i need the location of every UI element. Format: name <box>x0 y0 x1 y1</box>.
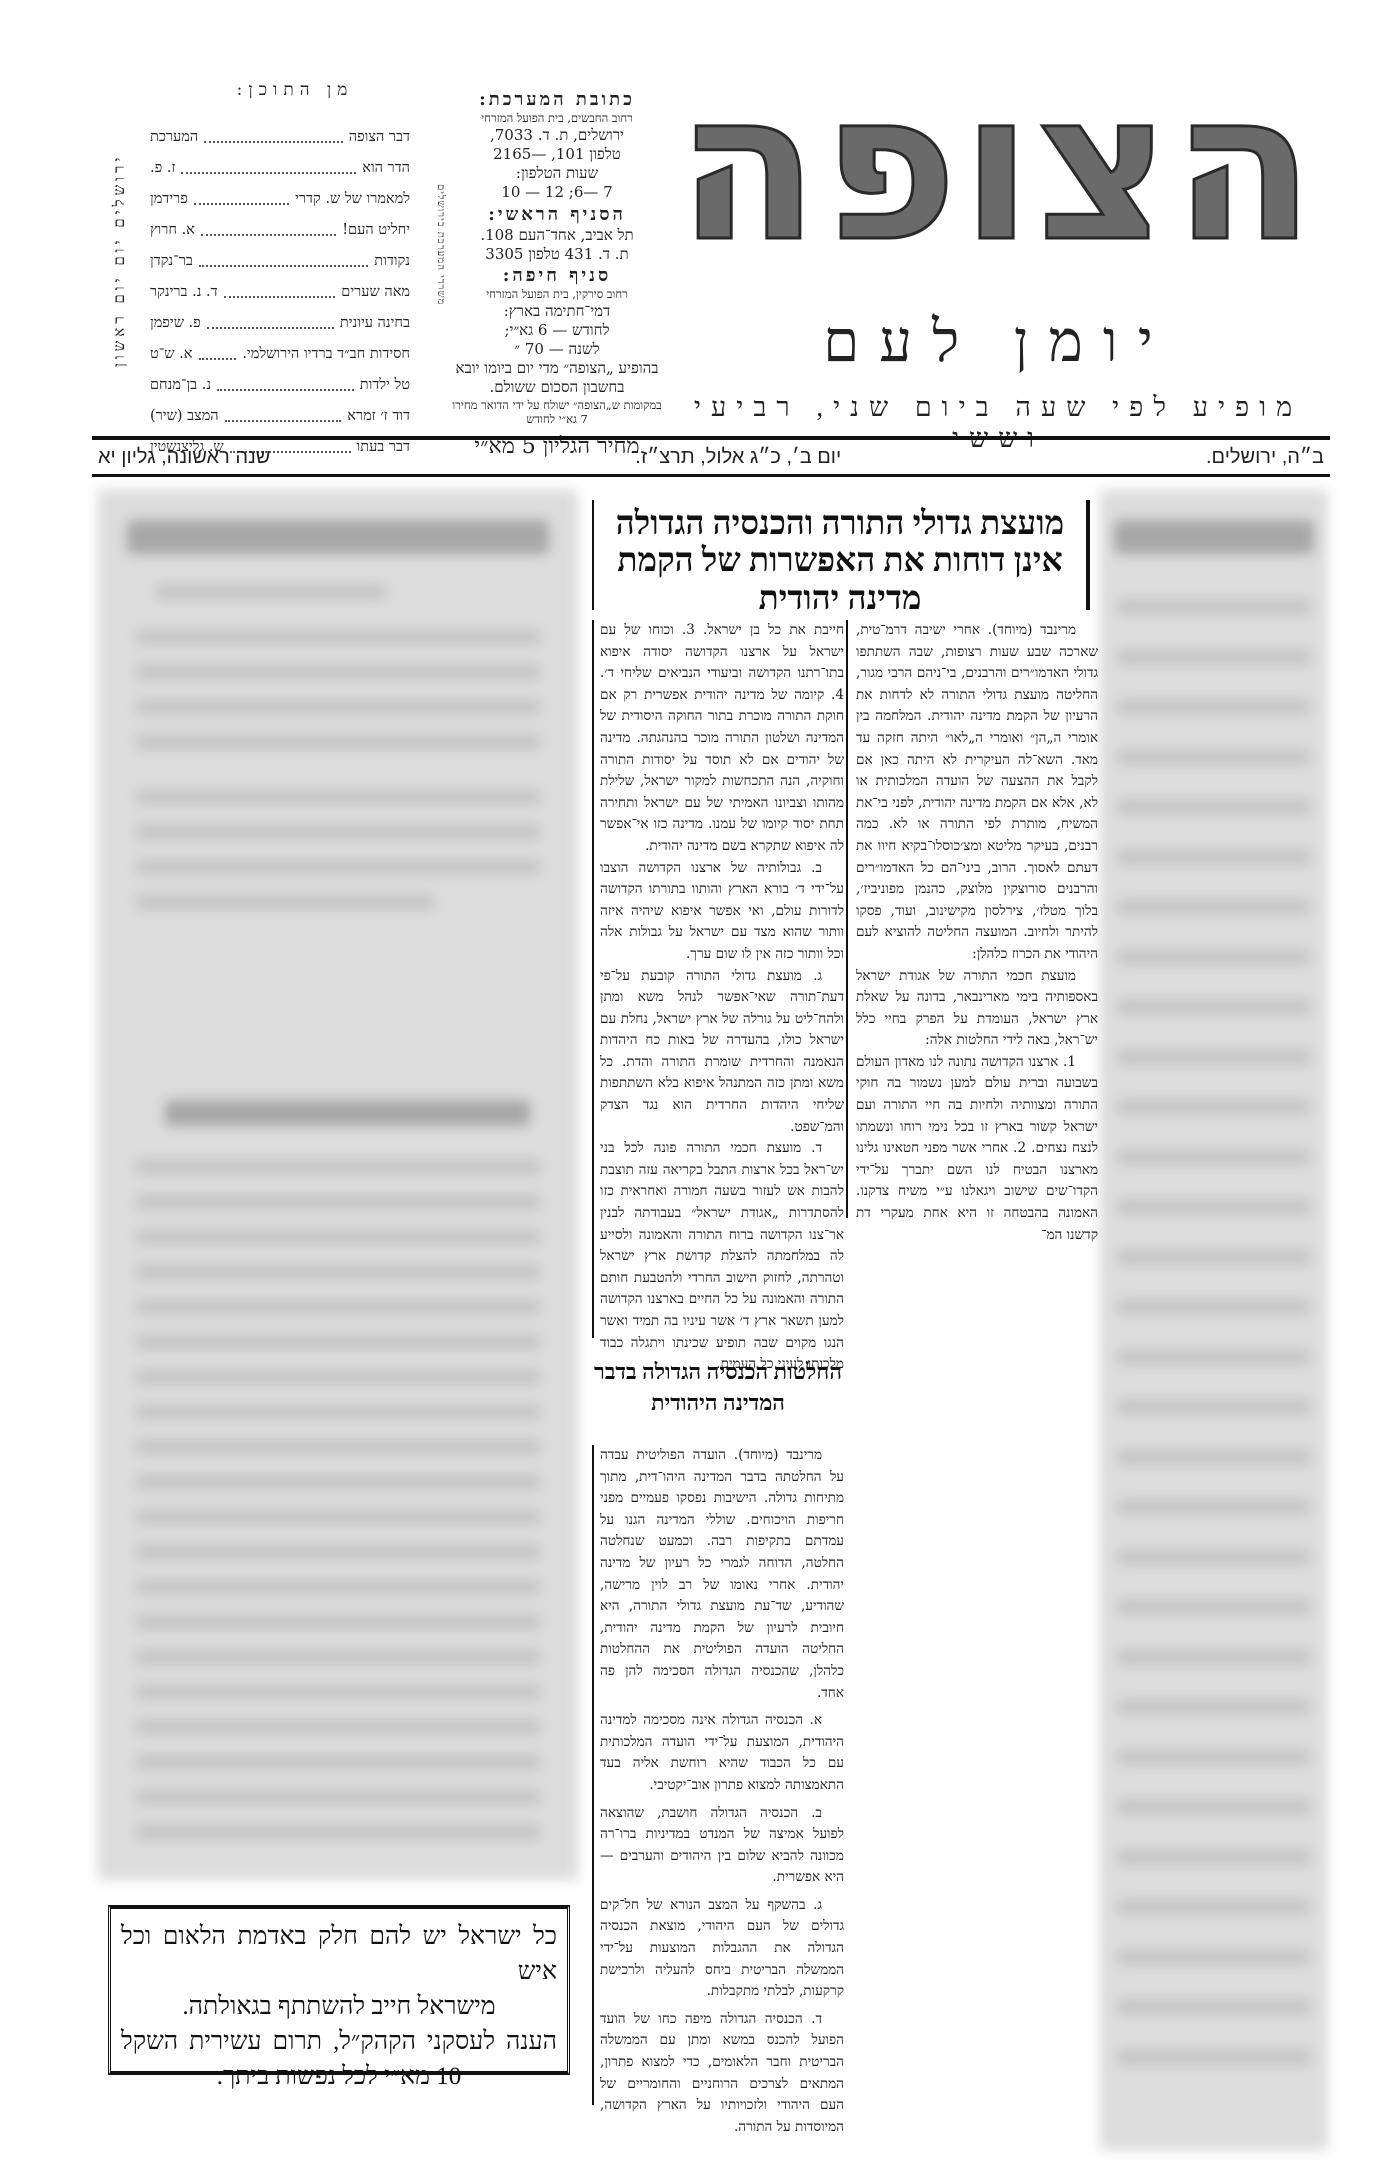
redacted-line <box>136 665 539 679</box>
contents-item[interactable]: טל ילדותנ. בן־מנחם <box>150 370 410 401</box>
contents-item-author: ז. פ. <box>150 160 175 177</box>
redacted-line <box>1118 1050 1310 1064</box>
redacted-line <box>1118 1150 1310 1164</box>
bottom-rule <box>92 474 1330 477</box>
redacted-line <box>136 1475 539 1489</box>
redacted-line <box>136 825 539 839</box>
subheadline-line: המדינה היהודית <box>592 1388 844 1419</box>
redacted-line <box>136 1440 539 1454</box>
masthead-title: הצופה <box>668 68 1328 268</box>
article-column-right: מרינבד (מיוחד). אחרי ישיבה דרמ־טית, שארכ… <box>846 620 1098 1218</box>
redacted-line <box>136 1615 539 1629</box>
redacted-line <box>156 585 386 599</box>
article-paragraph: מועצת חכמי התורה של אגודת ישראל באספותיה… <box>856 966 1098 1052</box>
contents-item-title: חסידות חב״ד ברדיו הירושלמי. <box>242 346 410 363</box>
redacted-line <box>1118 1400 1310 1414</box>
contents-item-author: א. חרוץ <box>150 222 195 239</box>
contents-item-title: למאמרו של ש. קדרי <box>295 191 410 208</box>
redacted-line <box>136 1510 539 1524</box>
leader-dots <box>207 319 334 329</box>
leader-dots <box>199 350 237 360</box>
redacted-line <box>136 860 539 874</box>
redacted-line <box>1118 1850 1310 1864</box>
headline-line: מדינה יהודית <box>594 581 1086 618</box>
redacted-line <box>136 1300 539 1314</box>
subscription-heading: דמי־חתימה בארץ: <box>452 302 662 321</box>
redacted-line <box>136 895 434 909</box>
redacted-line <box>1118 1450 1310 1464</box>
contents-item-title: בחינה עיונית <box>340 315 410 332</box>
redacted-line <box>1118 900 1310 914</box>
column-divider <box>1088 500 1090 610</box>
address-heading: כתובת המערכת: <box>452 88 662 111</box>
dateline-place: ב״ה, ירושלים. <box>1206 446 1324 469</box>
redacted-line <box>136 1650 539 1664</box>
haifa-branch-heading: סניף חיפה: <box>452 264 662 287</box>
leader-dots <box>225 412 342 422</box>
contents-item-author: א. ש־ט <box>150 346 193 363</box>
appeal-line: הענה לעסקני הקהק״ל, תרום עשירית השקל <box>121 2024 557 2059</box>
contents-item[interactable]: יחליט העם!א. חרוץ <box>150 215 410 246</box>
redacted-line <box>1118 1800 1310 1814</box>
contents-item-author: בר־נקדן <box>150 253 193 270</box>
redacted-line <box>1118 1550 1310 1564</box>
redacted-line <box>1118 1600 1310 1614</box>
contents-item-title: מאה שערים <box>341 284 410 301</box>
redacted-line <box>136 1545 539 1559</box>
contents-item-title: טל ילדות <box>360 377 410 394</box>
contents-item-title: דוד ז׳ זמרא <box>347 408 410 425</box>
article-paragraph: ב. גבולותיה של ארצנו הקדושה הוצבו על־ידי… <box>600 858 844 966</box>
contents-item[interactable]: מאה שעריםד. נ. ברינקר <box>150 277 410 308</box>
redacted-line <box>1118 750 1310 764</box>
appeal-line: 10 מא״י לכל נפשות ביתך. <box>121 2059 557 2094</box>
redacted-line <box>1118 1950 1310 1964</box>
contents-item[interactable]: דוד ז׳ זמראהמצב (שיר) <box>150 401 410 432</box>
leader-dots <box>194 195 289 205</box>
redacted-line <box>1118 1500 1310 1514</box>
contents-item[interactable]: חסידות חב״ד ברדיו הירושלמי.א. ש־ט <box>150 339 410 370</box>
subscription-year: לשנה — 70 ״ <box>452 340 662 359</box>
vertical-office-text: משרדי המערכת בירושלים <box>430 120 446 370</box>
redacted-line <box>1118 1300 1310 1314</box>
top-rule <box>92 436 1330 440</box>
redacted-line <box>1118 1900 1310 1914</box>
redacted-line <box>1118 1350 1310 1364</box>
phone-hours: 7 —6; 12 — 10 <box>452 183 662 202</box>
headline-line: אינן דוחות את האפשרות של הקמת <box>594 543 1086 580</box>
redacted-line <box>136 1790 539 1804</box>
redacted-line <box>1118 1650 1310 1664</box>
subheadline-line: החלטות הכנסיה הגדולה בדבר <box>592 1357 844 1388</box>
redacted-line <box>1118 1750 1310 1764</box>
contents-title: מן התוכן: <box>150 80 410 100</box>
contents-item-title: דבר הצופה <box>349 129 410 146</box>
article-paragraph: ג. מועצת גדולי התורה קובעת על־פי דעת־תור… <box>600 966 844 1139</box>
article-paragraph: 1. ארצנו הקדושה נתונה לנו מאדון העולם בש… <box>856 1052 1098 1246</box>
redacted-line <box>1118 1250 1310 1264</box>
contents-item-author: המערכת <box>150 129 198 146</box>
redacted-line <box>1118 800 1310 814</box>
redacted-headline <box>1114 520 1315 554</box>
article-column-left: חייבת את כל בן ישראל. 3. וכוחו של עם ישר… <box>592 620 844 1338</box>
article-paragraph: א. הכנסיה הגדולה אינה מסכימה למדינה היהו… <box>600 1710 844 1796</box>
appeal-box: כל ישראל יש להם חלק באדמת הלאום וכל איש … <box>108 1905 570 2075</box>
redacted-line <box>136 1405 539 1419</box>
leader-dots <box>201 226 336 236</box>
main-branch-heading: הסניף הראשי: <box>452 203 662 226</box>
sub-headline: החלטות הכנסיה הגדולה בדבר המדינה היהודית <box>592 1357 844 1419</box>
phone: טלפון 101, —2165 <box>452 145 662 164</box>
redacted-headline <box>165 1100 530 1126</box>
redacted-line <box>136 790 539 804</box>
redacted-line <box>1118 650 1310 664</box>
redacted-line <box>1118 600 1310 614</box>
redacted-line <box>1118 1200 1310 1214</box>
contents-item[interactable]: הדר הואז. פ. <box>150 153 410 184</box>
resolutions-column: מרינבד (מיוחד). הועדה הפוליטית עבדה על ה… <box>592 1445 844 2105</box>
contents-item[interactable]: בחינה עיוניתפ. שיפמן <box>150 308 410 339</box>
contents-item[interactable]: למאמרו של ש. קדריפרידמן <box>150 184 410 215</box>
article-paragraph: ד. מועצת חכמי התורה פונה לכל בני יש־ראל … <box>600 1138 844 1376</box>
main-headline: מועצת גדולי התורה והכנסיה הגדולה אינן דו… <box>592 500 1088 610</box>
contents-item[interactable]: דבר הצופההמערכת <box>150 122 410 153</box>
redacted-column-right <box>1100 490 1328 2150</box>
leader-dots <box>217 381 354 391</box>
redacted-line <box>136 1720 539 1734</box>
article-paragraph: ד. הכנסיה הגדולה מיפה כחו של הועד הפועל … <box>600 2009 844 2139</box>
redacted-line <box>1118 950 1310 964</box>
article-paragraph: ג. בהשקף על המצב הנורא של חל־קים גדולים … <box>600 1895 844 2003</box>
redacted-line <box>1118 700 1310 714</box>
appeal-line: כל ישראל יש להם חלק באדמת הלאום וכל איש <box>121 1919 557 1989</box>
redacted-line <box>1118 2000 1310 2014</box>
contents-item-title: יחליט העם! <box>342 222 410 239</box>
address-street: רחוב החבשים, בית הפועל המזרחי <box>452 111 662 126</box>
redacted-line <box>136 1265 539 1279</box>
dateline: ב״ה, ירושלים. יום ב׳, כ״ג אלול, תרצ״ז. ש… <box>92 441 1330 473</box>
article-paragraph: ב. הכנסיה הגדולה חושבת, שהוצאה לפועל אמי… <box>600 1803 844 1889</box>
redacted-line <box>136 735 539 749</box>
redacted-headline <box>127 520 549 554</box>
mail-note: במקומות ש„הצופה״ ישולח על ידי הדואר מחיר… <box>452 398 662 427</box>
masthead-subtitle: יומן לעם <box>668 308 1328 375</box>
article-paragraph: מרינבד (מיוחד). הועדה הפוליטית עבדה על ה… <box>600 1445 844 1704</box>
contents-item-author: נ. בן־מנחם <box>150 377 211 394</box>
redacted-line <box>1118 850 1310 864</box>
headline-line: מועצת גדולי התורה והכנסיה הגדולה <box>594 506 1086 543</box>
contents-item-author: פ. שיפמן <box>150 315 201 332</box>
redacted-line <box>136 1825 539 1839</box>
contents-item-title: הדר הוא <box>362 160 410 177</box>
redacted-line <box>136 700 539 714</box>
redacted-line <box>136 1230 539 1244</box>
leader-dots <box>181 164 356 174</box>
contents-item[interactable]: נקודותבר־נקדן <box>150 246 410 277</box>
redacted-line <box>136 1160 539 1174</box>
redacted-line <box>1118 1000 1310 1014</box>
redacted-line <box>136 630 539 644</box>
dateline-issue: שנה ראשונה, גליון יא <box>98 446 270 469</box>
margin-vertical-text: ירושלים יום יום ראשון <box>110 120 130 400</box>
main-branch-phone: ת. ד. 431 טלפון 3305 <box>452 245 662 264</box>
main-branch-address: תל אביב, אחד־העם 108. <box>452 226 662 245</box>
redacted-line <box>1118 1700 1310 1714</box>
phone-hours-heading: שעות הטלפון: <box>452 164 662 183</box>
contents-item-author: ד. נ. ברינקר <box>150 284 218 301</box>
redacted-line <box>136 1195 539 1209</box>
article-paragraph: חייבת את כל בן ישראל. 3. וכוחו של עם ישר… <box>600 620 844 858</box>
redacted-line <box>136 1335 539 1349</box>
contents-item-title: נקודות <box>374 253 410 270</box>
subscription-month: לחודש — 6 גא״י; <box>452 321 662 340</box>
dateline-date: יום ב׳, כ״ג אלול, תרצ״ז. <box>635 446 841 469</box>
newspaper-page: הצופה יומן לעם מופיע לפי שעה ביום שני, ר… <box>0 0 1400 2160</box>
leader-dots <box>224 288 336 298</box>
editorial-info: כתובת המערכת: רחוב החבשים, בית הפועל המז… <box>452 88 662 461</box>
redacted-column-left <box>98 490 578 1880</box>
redacted-line <box>1118 2050 1310 2064</box>
address-city: ירושלים, ת. ד. 7033, <box>452 126 662 145</box>
appeal-line: מישראל חייב להשתתף בגאולתה. <box>121 1989 557 2024</box>
leader-dots <box>199 257 368 267</box>
redacted-line <box>1118 1100 1310 1114</box>
redacted-line <box>136 1755 539 1769</box>
article-paragraph: מרינבד (מיוחד). אחרי ישיבה דרמ־טית, שארכ… <box>856 620 1098 966</box>
leader-dots <box>204 133 343 143</box>
haifa-branch-address: רחוב סירקין, בית הפועל המזרחי <box>452 287 662 302</box>
contents-item-author: פרידמן <box>150 191 188 208</box>
contents-item-author: המצב (שיר) <box>150 408 219 425</box>
redacted-line <box>136 1685 539 1699</box>
redacted-line <box>136 1580 539 1594</box>
redacted-line <box>136 1370 539 1384</box>
table-of-contents: מן התוכן: דבר הצופההמערכת הדר הואז. פ. ל… <box>150 80 410 463</box>
daily-note: בהופיע „הצופה״ מדי יום ביומו יובא בחשבון… <box>452 359 662 397</box>
